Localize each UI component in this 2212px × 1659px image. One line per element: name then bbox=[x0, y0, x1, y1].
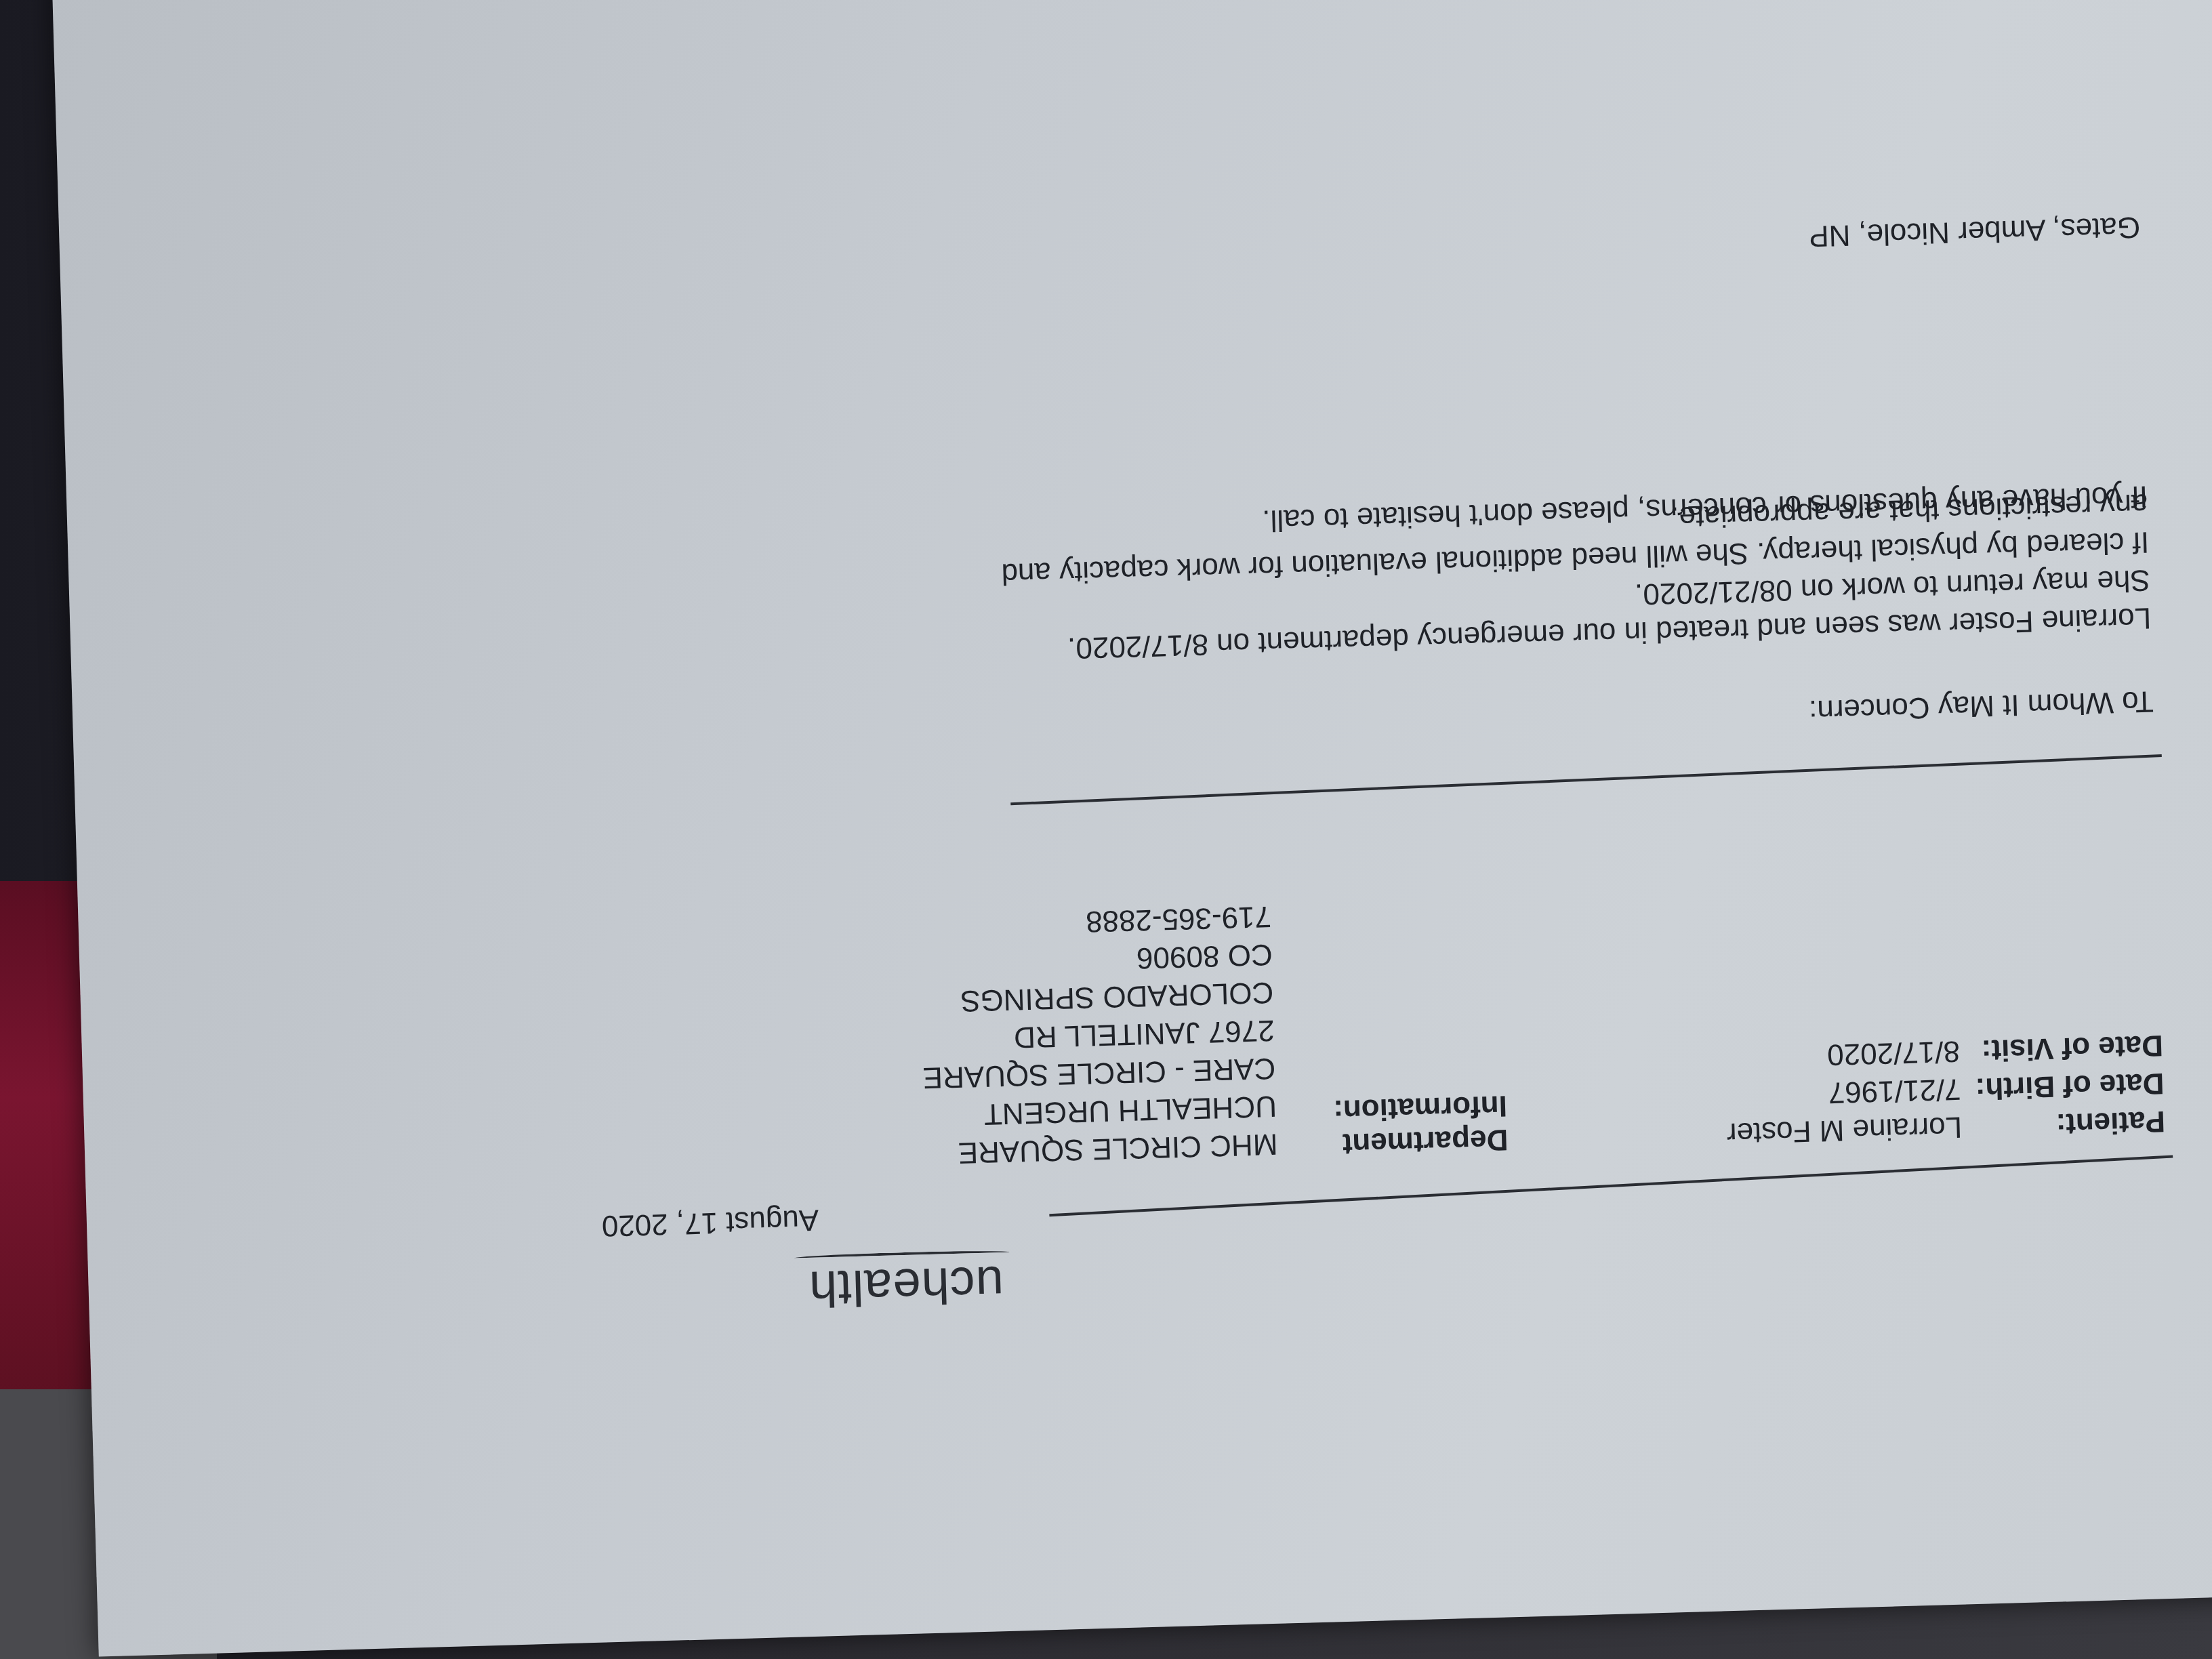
dob-value: 7/21/1967 bbox=[1676, 1071, 1961, 1113]
uchealth-logo: uchealth bbox=[808, 1255, 1004, 1318]
department-label: Department Information: bbox=[1271, 890, 1509, 1162]
signature: Gates, Amber Nicole, NP bbox=[1808, 210, 2140, 253]
patient-name: Lorraine M Foster bbox=[1677, 1109, 1963, 1151]
patient-info: Patient: Lorraine M Foster Date of Birth… bbox=[1675, 1024, 2165, 1151]
dob-label: Date of Birth: bbox=[1961, 1066, 2165, 1105]
patient-label: Patient: bbox=[1961, 1104, 2165, 1143]
greeting: To Whom It May Concern: bbox=[1809, 684, 2154, 727]
visit-value: 8/17/2020 bbox=[1675, 1033, 1960, 1076]
department-label-line1: Department bbox=[1277, 1122, 1509, 1162]
department-address: MHC CIRCLE SQUARE UCHEALTH URGENT CARE -… bbox=[918, 897, 1279, 1172]
header-divider bbox=[1049, 1155, 2173, 1216]
visit-label: Date of Visit: bbox=[1959, 1028, 2163, 1067]
letter-date: August 17, 2020 bbox=[601, 1203, 819, 1243]
department-info: Department Information: MHC CIRCLE SQUAR… bbox=[918, 890, 1509, 1172]
letter-page: uchealth August 17, 2020 Patient: Lorrai… bbox=[51, 0, 2212, 1656]
body-divider bbox=[1010, 754, 2162, 805]
department-label-line2: Information: bbox=[1276, 1088, 1507, 1128]
paper-sheet: uchealth August 17, 2020 Patient: Lorrai… bbox=[51, 0, 2212, 1656]
